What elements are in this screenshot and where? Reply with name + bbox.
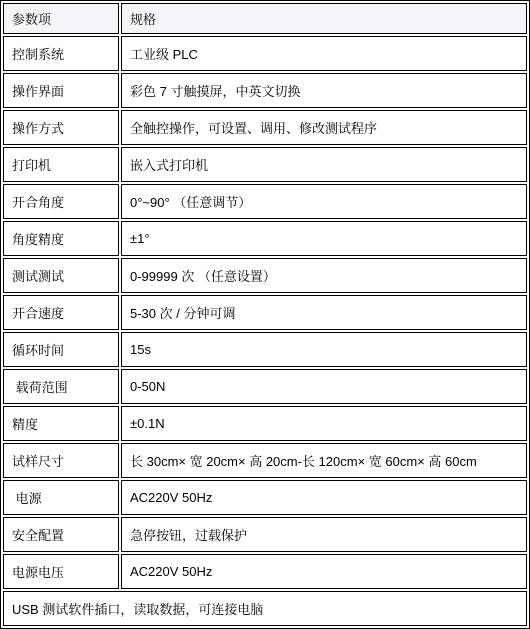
param-cell: 试样尺寸 xyxy=(3,443,119,478)
spec-cell: 5-30 次 / 分钟可调 xyxy=(121,295,527,330)
spec-table: 参数项 规格 控制系统工业级 PLC操作界面彩色 7 寸触摸屏，中英文切换操作方… xyxy=(0,0,530,629)
param-cell: 安全配置 xyxy=(3,517,119,552)
table-row: 电源电压AC220V 50Hz xyxy=(3,554,527,589)
table-row: 测试测试0-99999 次 （任意设置） xyxy=(3,258,527,293)
param-cell: 电源电压 xyxy=(3,554,119,589)
spec-cell: 15s xyxy=(121,332,527,367)
table-row: 打印机嵌入式打印机 xyxy=(3,147,527,182)
header-row: 参数项 规格 xyxy=(3,3,527,34)
spec-cell: 急停按钮，过载保护 xyxy=(121,517,527,552)
spec-cell: 全触控操作，可设置、调用、修改测试程序 xyxy=(121,110,527,145)
footer-cell: USB 测试软件插口，读取数据，可连接电脑 xyxy=(3,591,527,626)
spec-cell: AC220V 50Hz xyxy=(121,480,527,515)
param-cell: 测试测试 xyxy=(3,258,119,293)
spec-cell: 工业级 PLC xyxy=(121,36,527,71)
table-row: 控制系统工业级 PLC xyxy=(3,36,527,71)
table-row: 操作界面彩色 7 寸触摸屏，中英文切换 xyxy=(3,73,527,108)
table-row: 角度精度±1° xyxy=(3,221,527,256)
param-cell: 控制系统 xyxy=(3,36,119,71)
footer-row: USB 测试软件插口，读取数据，可连接电脑 xyxy=(3,591,527,626)
spec-cell: 0-50N xyxy=(121,369,527,404)
param-cell: 操作界面 xyxy=(3,73,119,108)
spec-cell: 长 30cm× 宽 20cm× 高 20cm-长 120cm× 宽 60cm× … xyxy=(121,443,527,478)
table-row: 精度±0.1N xyxy=(3,406,527,441)
spec-table-foot: USB 测试软件插口，读取数据，可连接电脑 xyxy=(3,591,527,626)
spec-cell: ±0.1N xyxy=(121,406,527,441)
table-row: 操作方式全触控操作，可设置、调用、修改测试程序 xyxy=(3,110,527,145)
param-cell: 开合角度 xyxy=(3,184,119,219)
header-spec-cell: 规格 xyxy=(121,3,527,34)
spec-table-body: 控制系统工业级 PLC操作界面彩色 7 寸触摸屏，中英文切换操作方式全触控操作，… xyxy=(3,36,527,589)
spec-cell: 0°~90° （任意调节） xyxy=(121,184,527,219)
param-cell: 精度 xyxy=(3,406,119,441)
spec-cell: AC220V 50Hz xyxy=(121,554,527,589)
header-param-cell: 参数项 xyxy=(3,3,119,34)
table-row: 载荷范围0-50N xyxy=(3,369,527,404)
table-row: 循环时间15s xyxy=(3,332,527,367)
table-row: 电源AC220V 50Hz xyxy=(3,480,527,515)
table-row: 安全配置急停按钮，过载保护 xyxy=(3,517,527,552)
table-row: 开合角度0°~90° （任意调节） xyxy=(3,184,527,219)
spec-cell: 0-99999 次 （任意设置） xyxy=(121,258,527,293)
param-cell: 载荷范围 xyxy=(3,369,119,404)
table-row: 开合速度5-30 次 / 分钟可调 xyxy=(3,295,527,330)
param-cell: 打印机 xyxy=(3,147,119,182)
spec-table-head: 参数项 规格 xyxy=(3,3,527,34)
spec-cell: 嵌入式打印机 xyxy=(121,147,527,182)
param-cell: 循环时间 xyxy=(3,332,119,367)
spec-cell: ±1° xyxy=(121,221,527,256)
spec-cell: 彩色 7 寸触摸屏，中英文切换 xyxy=(121,73,527,108)
param-cell: 电源 xyxy=(3,480,119,515)
table-row: 试样尺寸长 30cm× 宽 20cm× 高 20cm-长 120cm× 宽 60… xyxy=(3,443,527,478)
param-cell: 操作方式 xyxy=(3,110,119,145)
param-cell: 开合速度 xyxy=(3,295,119,330)
param-cell: 角度精度 xyxy=(3,221,119,256)
